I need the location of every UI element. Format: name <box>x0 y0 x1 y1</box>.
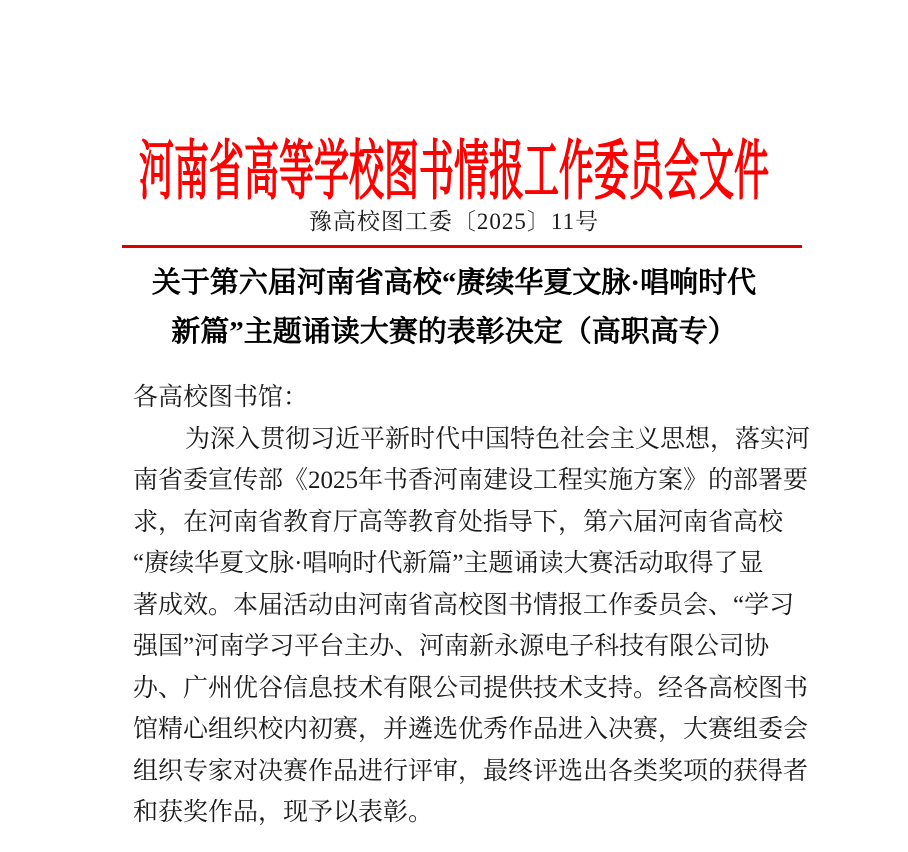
body-line: 和获奖作品，现予以表彰。 <box>133 792 795 834</box>
body-line: 著成效。本届活动由河南省高校图书情报工作委员会、“学习 <box>133 585 795 627</box>
body-line: “赓续华夏文脉·唱响时代新篇”主题诵读大赛活动取得了显 <box>133 543 795 585</box>
document-title-line2: 新篇”主题诵读大赛的表彰决定（高职高专） <box>0 308 908 357</box>
document-title-line1: 关于第六届河南省高校“赓续华夏文脉·唱响时代 <box>0 259 908 308</box>
body-line: 组织专家对决赛作品进行评审，最终评选出各类奖项的获得者 <box>133 751 795 793</box>
document-body: 各高校图书馆： 为深入贯彻习近平新时代中国特色社会主义思想，落实河 南省委宣传部… <box>133 377 795 834</box>
body-line: 办、广州优谷信息技术有限公司提供技术支持。经各高校图书 <box>133 668 795 710</box>
salutation: 各高校图书馆： <box>133 377 795 419</box>
body-line: 南省委宣传部《2025年书香河南建设工程实施方案》的部署要 <box>133 460 795 502</box>
body-line: 求，在河南省教育厅高等教育处指导下，第六届河南省高校 <box>133 502 795 544</box>
document-title: 关于第六届河南省高校“赓续华夏文脉·唱响时代 新篇”主题诵读大赛的表彰决定（高职… <box>0 259 908 357</box>
document-number: 豫高校图工委〔2025〕11号 <box>0 203 908 236</box>
document-page: 河南省高等学校图书情报工作委员会文件 豫高校图工委〔2025〕11号 关于第六届… <box>0 0 908 852</box>
body-line: 馆精心组织校内初赛，并遴选优秀作品进入决赛，大赛组委会 <box>133 709 795 751</box>
body-line: 强国”河南学习平台主办、河南新永源电子科技有限公司协 <box>133 626 795 668</box>
document-header-title: 河南省高等学校图书情报工作委员会文件 <box>0 121 908 214</box>
body-line: 为深入贯彻习近平新时代中国特色社会主义思想，落实河 <box>133 419 795 461</box>
red-separator-line <box>122 245 802 248</box>
